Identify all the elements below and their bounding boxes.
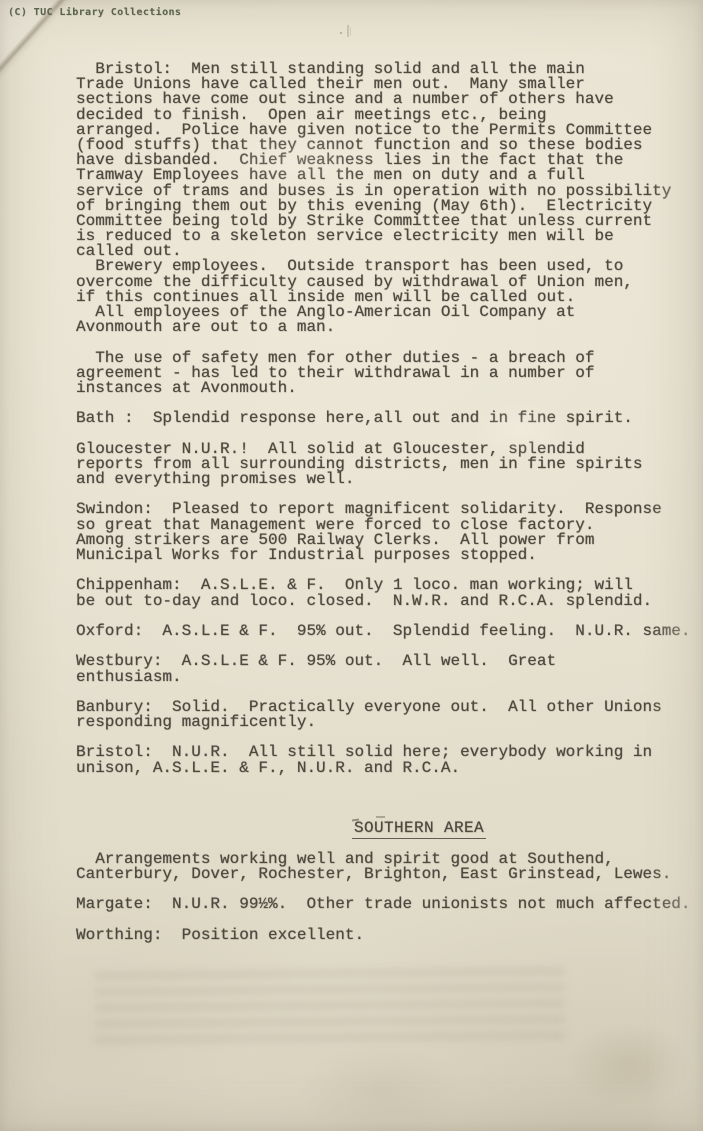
pencil-mark — [347, 25, 349, 37]
text-line: unison, A.S.L.E. & F., N.U.R. and R.C.A. — [76, 761, 696, 776]
pencil-mark — [350, 27, 351, 36]
text-line: Municipal Works for Industrial purposes … — [76, 548, 696, 563]
text-line: be out to-day and loco. closed. N.W.R. a… — [76, 594, 696, 609]
pencil-mark — [340, 32, 342, 34]
text-line: enthusiasm. — [76, 670, 696, 685]
blank-line — [76, 776, 696, 822]
text-line: Oxford: A.S.L.E & F. 95% out. Splendid f… — [76, 624, 696, 639]
text-line: and everything promises well. — [76, 472, 696, 487]
document-text: Bristol: Men still standing solid and al… — [76, 62, 696, 943]
text-line: Bath : Splendid response here,all out an… — [76, 411, 696, 426]
text-line: instances at Avonmouth. — [76, 381, 696, 396]
text-line: Canterbury, Dover, Rochester, Brighton, … — [76, 867, 696, 882]
text-line: responding magnificently. — [76, 715, 696, 730]
scanned-document-page: (C) TUC Library Collections Bristol: Men… — [0, 0, 703, 1131]
text-line: Margate: N.U.R. 99½%. Other trade unioni… — [76, 897, 696, 912]
section-heading-text: SOUTHERN AREA — [352, 821, 486, 838]
overtype-mark — [376, 816, 385, 818]
section-heading: SOUTHERN AREA — [109, 821, 703, 836]
text-line: Worthing: Position excellent. — [76, 928, 696, 943]
page-showthrough — [95, 961, 566, 1044]
watermark-text: (C) TUC Library Collections — [8, 7, 181, 18]
text-line: Avonmouth are out to a man. — [76, 320, 696, 335]
